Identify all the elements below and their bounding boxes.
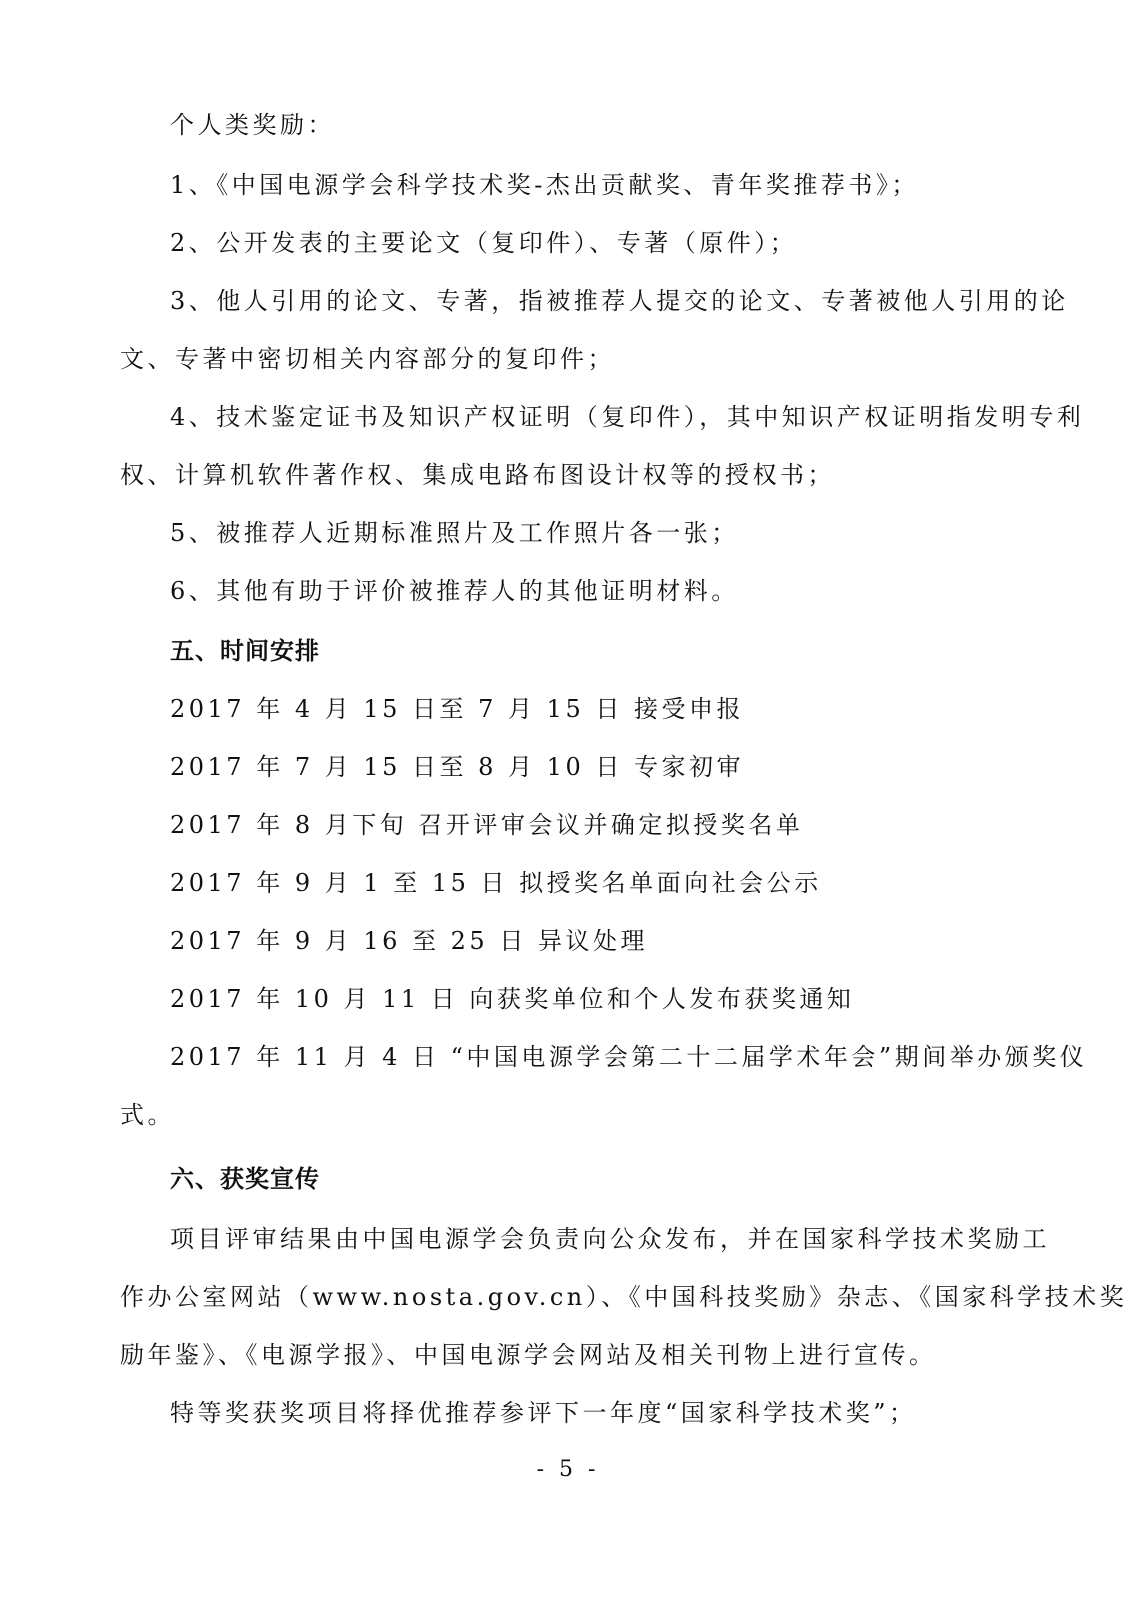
material-item-2: 2、公开发表的主要论文（复印件）、专著（原件）；	[170, 228, 797, 258]
schedule-item-1: 2017 年 4 月 15 日至 7 月 15 日 接受申报	[170, 694, 744, 724]
section-heading-publicity: 六、获奖宣传	[170, 1164, 320, 1194]
publicity-closing: 特等奖获奖项目将择优推荐参评下一年度“国家科学技术奖”；	[170, 1398, 917, 1428]
material-item-5: 5、被推荐人近期标准照片及工作照片各一张；	[170, 518, 739, 548]
publicity-paragraph-line-3: 励年鉴》、《电源学报》、中国电源学会网站及相关刊物上进行宣传。	[120, 1340, 937, 1370]
material-item-6: 6、其他有助于评价被推荐人的其他证明材料。	[170, 576, 739, 606]
schedule-item-7-cont: 式。	[120, 1100, 175, 1130]
publicity-paragraph-line-1: 项目评审结果由中国电源学会负责向公众发布，并在国家科学技术奖励工	[170, 1224, 1050, 1254]
material-item-4: 4、技术鉴定证书及知识产权证明（复印件），其中知识产权证明指发明专利	[170, 402, 1084, 432]
schedule-item-6: 2017 年 10 月 11 日 向获奖单位和个人发布获奖通知	[170, 984, 854, 1014]
page-number: - 5 -	[0, 1456, 1136, 1484]
material-item-3-cont: 文、专著中密切相关内容部分的复印件；	[120, 344, 615, 374]
material-item-1: 1、《中国电源学会科学技术奖-杰出贡献奖、青年奖推荐书》；	[170, 170, 919, 200]
material-item-3: 3、他人引用的论文、专著，指被推荐人提交的论文、专著被他人引用的论	[170, 286, 1069, 316]
schedule-item-5: 2017 年 9 月 16 至 25 日 异议处理	[170, 926, 648, 956]
schedule-item-3: 2017 年 8 月下旬 召开评审会议并确定拟授奖名单	[170, 810, 803, 840]
intro-label: 个人类奖励：	[170, 110, 335, 140]
schedule-item-2: 2017 年 7 月 15 日至 8 月 10 日 专家初审	[170, 752, 744, 782]
schedule-item-7: 2017 年 11 月 4 日 “中国电源学会第二十二届学术年会”期间举办颁奖仪	[170, 1042, 1087, 1072]
document-page: 个人类奖励： 1、《中国电源学会科学技术奖-杰出贡献奖、青年奖推荐书》； 2、公…	[0, 0, 1136, 1600]
section-heading-schedule: 五、时间安排	[170, 636, 320, 666]
schedule-item-4: 2017 年 9 月 1 至 15 日 拟授奖名单面向社会公示	[170, 868, 822, 898]
publicity-paragraph-line-2: 作办公室网站（www.nosta.gov.cn）、《中国科技奖励》杂志、《国家科…	[120, 1282, 1127, 1312]
material-item-4-cont: 权、计算机软件著作权、集成电路布图设计权等的授权书；	[120, 460, 835, 490]
